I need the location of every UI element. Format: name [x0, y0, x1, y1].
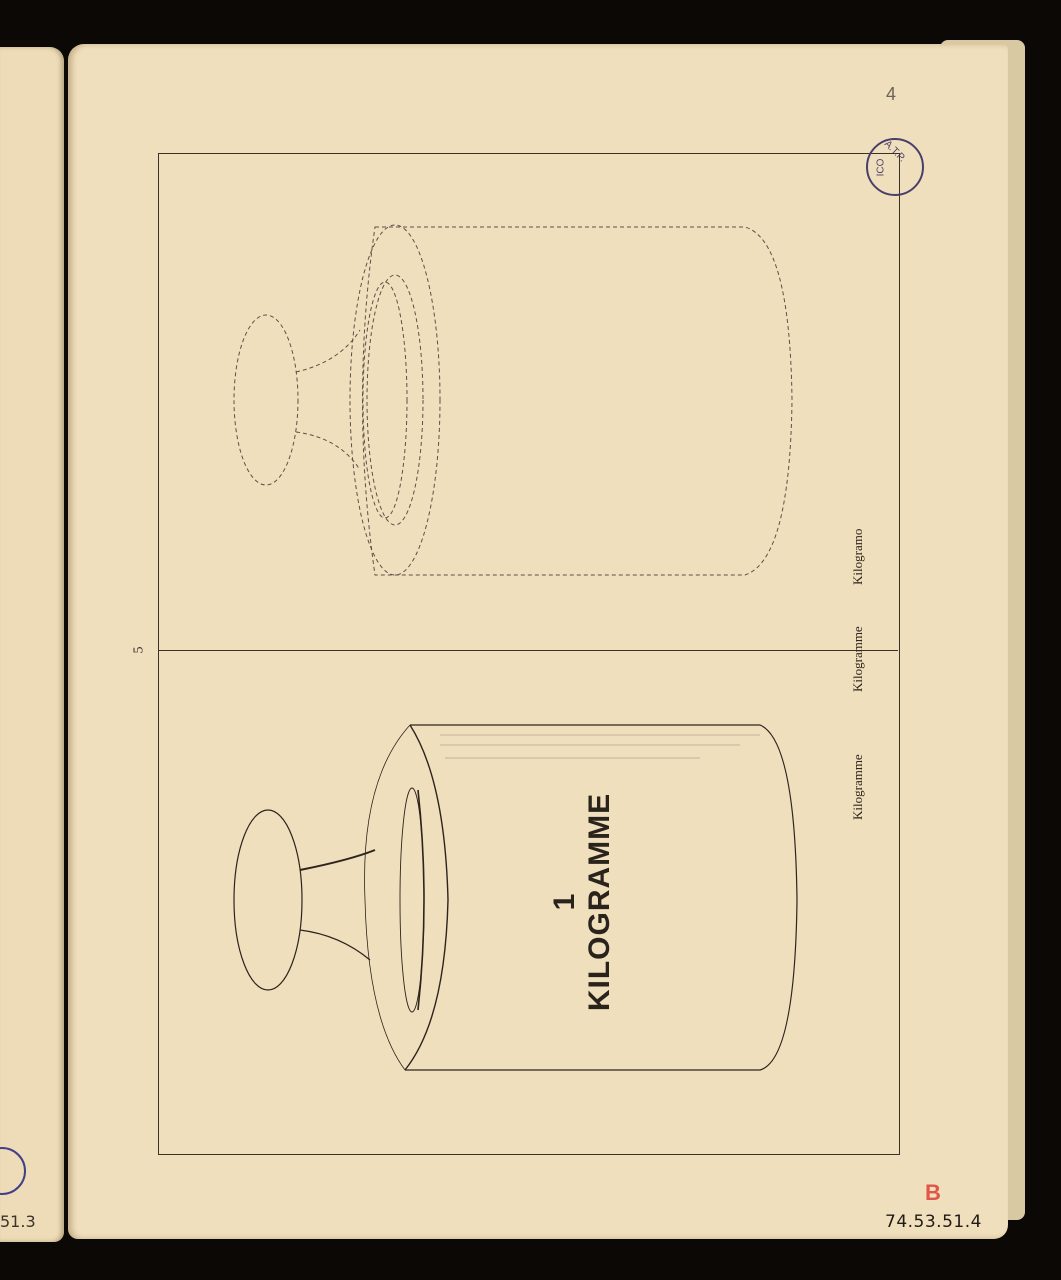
- weight-drawings: [0, 0, 1061, 1280]
- weight-label-number: 1: [548, 857, 582, 947]
- weight-drawing: [234, 725, 797, 1070]
- reference-code: 74.53.51.4: [885, 1212, 982, 1232]
- red-archive-mark: B: [925, 1180, 941, 1206]
- caption-spanish: Kilogramo: [850, 529, 866, 585]
- weight-label-unit: KILOGRAMME: [583, 747, 617, 1057]
- caption-second: Kilogramme: [850, 626, 866, 692]
- dotted-weight-outline: [234, 225, 792, 575]
- caption-french: Kilogramme: [850, 754, 866, 820]
